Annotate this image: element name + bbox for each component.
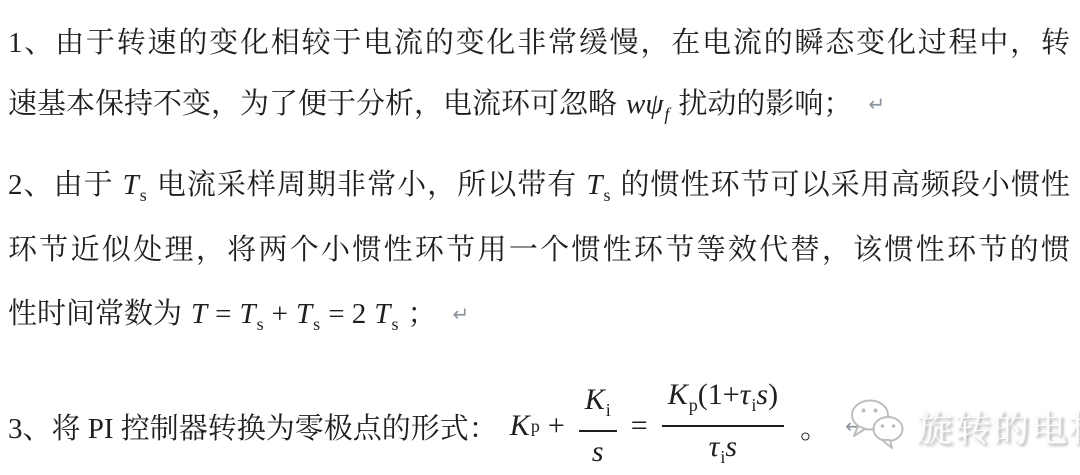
close-paren: ) xyxy=(768,378,778,411)
paragraph-2-line-1: 2、由于Ts电流采样周期非常小，所以带有Ts的惯性环节可以采用高频段小惯性 xyxy=(8,166,1070,214)
equals-sign: = xyxy=(215,298,231,330)
text-run: 2、由于 xyxy=(8,169,114,201)
text-run: 3、将 PI 控制器转换为零极点的形式： xyxy=(8,406,498,447)
text-run: 电流采样周期非常小，所以带有 xyxy=(156,169,578,201)
text-run: 。 xyxy=(800,406,829,447)
fraction-numerator: Ki xyxy=(579,383,617,432)
math-main: K xyxy=(510,409,530,443)
paragraph-1-line-2: 速基本保持不变，为了便于分析，电流环可忽略wψf扰动的影响；↵ xyxy=(8,85,1070,133)
watermark-text: 旋转的电机 xyxy=(917,401,1080,452)
math-main: T xyxy=(296,298,312,330)
fraction-numerator: Kp(1+τis) xyxy=(662,378,784,427)
text-run: 1、由于转速的变化相较于电流的变化非常缓慢，在电流的瞬态变化过程中，转 xyxy=(8,27,1070,59)
math-Ts: Ts xyxy=(586,169,610,201)
pi-controller-formula: Kp + Ki s = Kp(1+τis) τis xyxy=(510,378,790,474)
text-run: 速基本保持不变，为了便于分析，电流环可忽略 xyxy=(8,88,617,120)
math-main: T xyxy=(191,298,207,330)
math-main: K xyxy=(668,378,688,411)
math-main: T xyxy=(123,169,139,201)
math-main: T xyxy=(240,298,256,330)
document-page: 1、由于转速的变化相较于电流的变化非常缓慢，在电流的瞬态变化过程中，转 速基本保… xyxy=(0,0,1080,475)
fraction-denominator: s xyxy=(592,432,604,469)
math-Ts: Ts xyxy=(123,169,147,201)
fraction-Ki-over-s: Ki s xyxy=(579,383,617,469)
math-main: K xyxy=(585,383,605,416)
math-subscript: s xyxy=(313,314,320,334)
math-equation-T: T=Ts+Ts= 2Ts xyxy=(191,298,398,330)
text-run: ； xyxy=(407,298,436,330)
math-subscript: f xyxy=(664,104,669,124)
math-s: s xyxy=(756,378,768,411)
equals-two: = 2 xyxy=(328,298,366,330)
text-run: 环节近似处理，将两个小惯性环节用一个惯性环节等效代替，该惯性环节的惯 xyxy=(8,234,1070,266)
plus-sign: + xyxy=(548,409,565,443)
paragraph-return-mark: ↵ xyxy=(868,92,885,116)
math-subscript: s xyxy=(391,314,398,334)
wechat-icon xyxy=(848,396,908,457)
math-tau: τ xyxy=(740,378,751,411)
watermark: 旋转的电机 xyxy=(848,396,1080,456)
math-main: wψ xyxy=(626,88,663,120)
open-paren: (1+ xyxy=(698,378,740,411)
fraction-Kp-1-plus-tau-s: Kp(1+τis) τis xyxy=(662,378,784,474)
text-run: 扰动的影响； xyxy=(678,88,852,120)
math-subscript: s xyxy=(257,314,264,334)
math-main: T xyxy=(586,169,602,201)
math-subscript: p xyxy=(531,416,540,437)
paragraph-2-line-2: 环节近似处理，将两个小惯性环节用一个惯性环节等效代替，该惯性环节的惯 xyxy=(8,231,1070,269)
paragraph-2-line-3: 性时间常数为T=Ts+Ts= 2Ts；↵ xyxy=(8,295,1070,343)
math-s: s xyxy=(725,430,737,463)
math-subscript: i xyxy=(606,400,611,420)
equals-sign: = xyxy=(631,409,648,443)
text-run: 性时间常数为 xyxy=(8,298,182,330)
math-subscript: s xyxy=(603,185,610,205)
math-tau: τ xyxy=(709,430,720,463)
paragraph-1-line-1: 1、由于转速的变化相较于电流的变化非常缓慢，在电流的瞬态变化过程中，转 xyxy=(8,24,1070,62)
math-subscript: p xyxy=(689,395,698,415)
text-run: 的惯性环节可以采用高频段小惯性 xyxy=(619,169,1070,201)
math-subscript: s xyxy=(140,185,147,205)
math-w-psi-f: wψf xyxy=(626,88,669,120)
math-main: T xyxy=(374,298,390,330)
fraction-denominator: τis xyxy=(709,427,737,474)
paragraph-return-mark: ↵ xyxy=(452,302,469,326)
plus-sign: + xyxy=(272,298,288,330)
